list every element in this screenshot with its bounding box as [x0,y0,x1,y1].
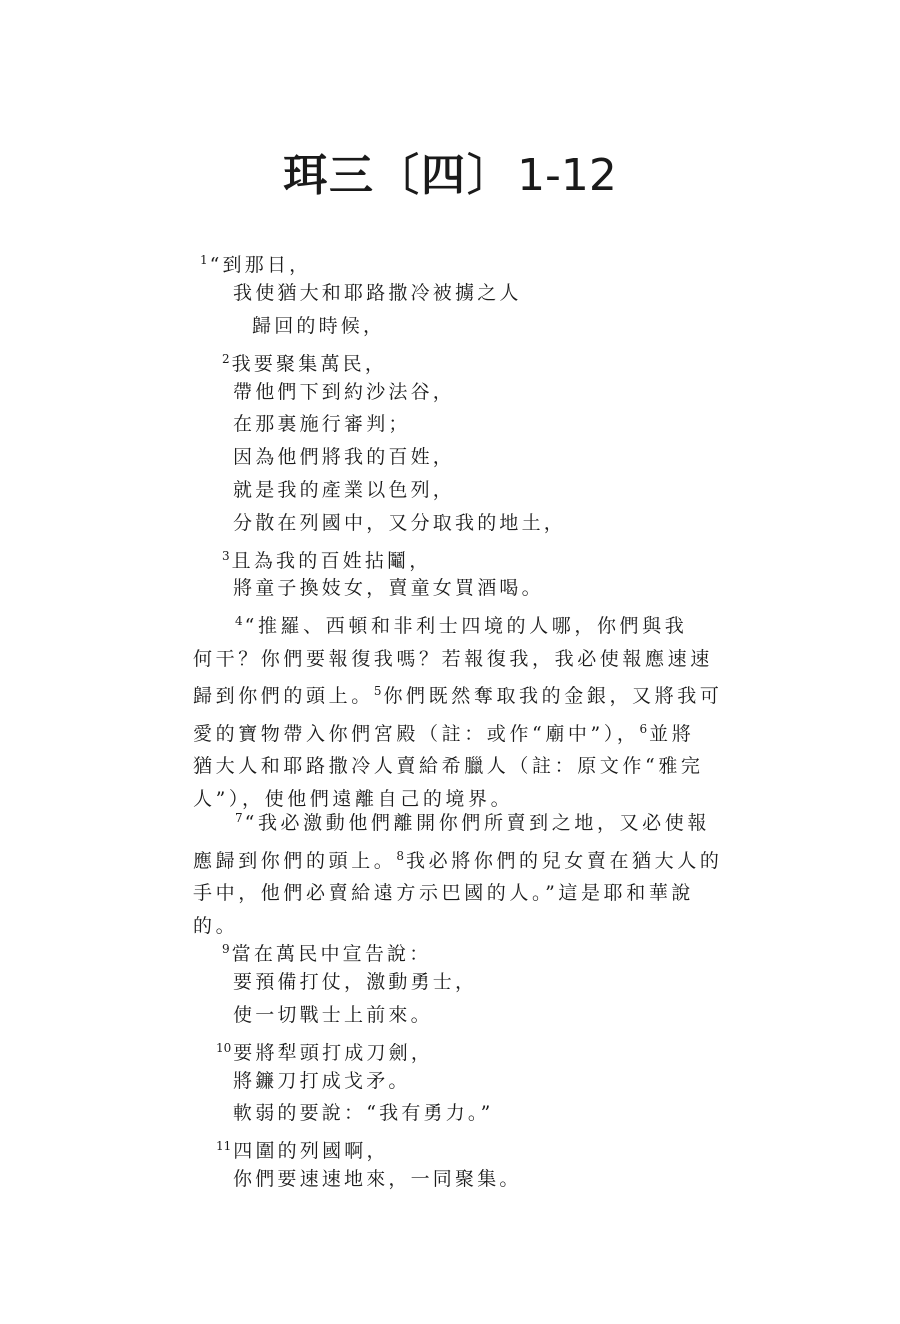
verse-text: 愛的寶物帶入你們宮殿（註：或作“廟中”）， [193,723,640,745]
verse-text: 你們既然奪取我的金銀，又將我可 [383,685,722,707]
verse-text: 我要聚集萬民， [232,353,387,375]
paragraph-line: 應歸到你們的頭上。8我必將你們的兒女賣在猶大人的 [193,840,738,878]
verse-text: 應歸到你們的頭上。 [193,850,396,872]
paragraph-line: 愛的寶物帶入你們宮殿（註：或作“廟中”），6並將 [193,713,738,751]
verse-2-line-6: 分散在列國中，又分取我的地土， [233,507,566,539]
paragraph-line: 歸到你們的頭上。5你們既然奪取我的金銀，又將我可 [193,675,738,713]
verse-9-line-1: 9當在萬民中宣告說： [222,933,431,970]
paragraph-line: 7“我必激動他們離開你們所賣到之地，又必使報 [193,802,738,840]
verse-2-line-5: 就是我的產業以色列， [233,474,455,506]
paragraph-verses-7-8: 7“我必激動他們離開你們所賣到之地，又必使報 應歸到你們的頭上。8我必將你們的兒… [193,802,738,942]
verse-number: 3 [222,549,230,563]
verse-number: 10 [216,1041,231,1055]
verse-text: “我必激動他們離開你們所賣到之地，又必使報 [245,812,710,834]
verse-2-line-4: 因為他們將我的百姓， [233,441,455,473]
verse-text: 四圍的列國啊， [233,1140,388,1162]
verse-11-line-2: 你們要速速地來，一同聚集。 [233,1163,522,1195]
verse-range: 1-12 [517,150,617,201]
verse-number: 5 [374,684,382,698]
verse-text: 並將 [649,723,694,745]
verse-text: 要將犁頭打成刀劍， [233,1042,433,1064]
chapter-title: 珥三〔四〕 [283,150,513,201]
paragraph-line: 猶大人和耶路撒冷人賣給希臘人（註：原文作“雅完 [193,750,738,783]
verse-1-line-1: 1“到那日， [200,244,311,281]
verse-1-line-2: 我使猶大和耶路撒冷被擄之人 [233,277,522,309]
verse-text: “推羅、西頓和非利士四境的人哪，你們與我 [245,615,688,637]
verse-2-line-1: 2我要聚集萬民， [222,343,387,380]
verse-9-line-2: 要預備打仗，激動勇士， [233,966,477,998]
verse-9-line-3: 使一切戰士上前來。 [233,999,433,1031]
verse-number: 7 [235,811,243,825]
verse-text: “到那日， [210,254,312,276]
verse-number: 8 [396,849,404,863]
verse-3-line-2: 將童子換妓女，賣童女買酒喝。 [233,572,544,604]
page-title: 珥三〔四〕1-12 [0,146,900,206]
verse-text: 且為我的百姓拈鬮， [232,550,432,572]
verse-text: 我必將你們的兒女賣在猶大人的 [406,850,722,872]
paragraph-line: 手中，他們必賣給遠方示巴國的人。”這是耶和華說 [193,877,738,910]
verse-10-line-2: 將鐮刀打成戈矛。 [233,1065,411,1097]
verse-10-line-1: 10要將犁頭打成刀劍， [216,1032,433,1069]
verse-11-line-1: 11四圍的列國啊， [216,1130,389,1167]
verse-number: 9 [222,942,230,956]
verse-number: 1 [200,253,208,267]
paragraph-line: 4“推羅、西頓和非利士四境的人哪，你們與我 [193,605,738,643]
verse-number: 6 [640,722,648,736]
verse-number: 4 [235,614,243,628]
paragraph-line: 何干？你們要報復我嗎？若報復我，我必使報應速速 [193,643,738,676]
verse-10-line-3: 軟弱的要說：“我有勇力。” [233,1097,494,1129]
verse-2-line-3: 在那裏施行審判； [233,408,411,440]
verse-number: 2 [222,352,230,366]
verse-text: 當在萬民中宣告說： [232,943,432,965]
verse-number: 11 [216,1139,231,1153]
verse-1-line-3: 歸回的時候， [252,310,385,342]
verse-2-line-2: 帶他們下到約沙法谷， [233,376,455,408]
paragraph-verses-4-6: 4“推羅、西頓和非利士四境的人哪，你們與我 何干？你們要報復我嗎？若報復我，我必… [193,605,738,815]
verse-text: 歸到你們的頭上。 [193,685,374,707]
